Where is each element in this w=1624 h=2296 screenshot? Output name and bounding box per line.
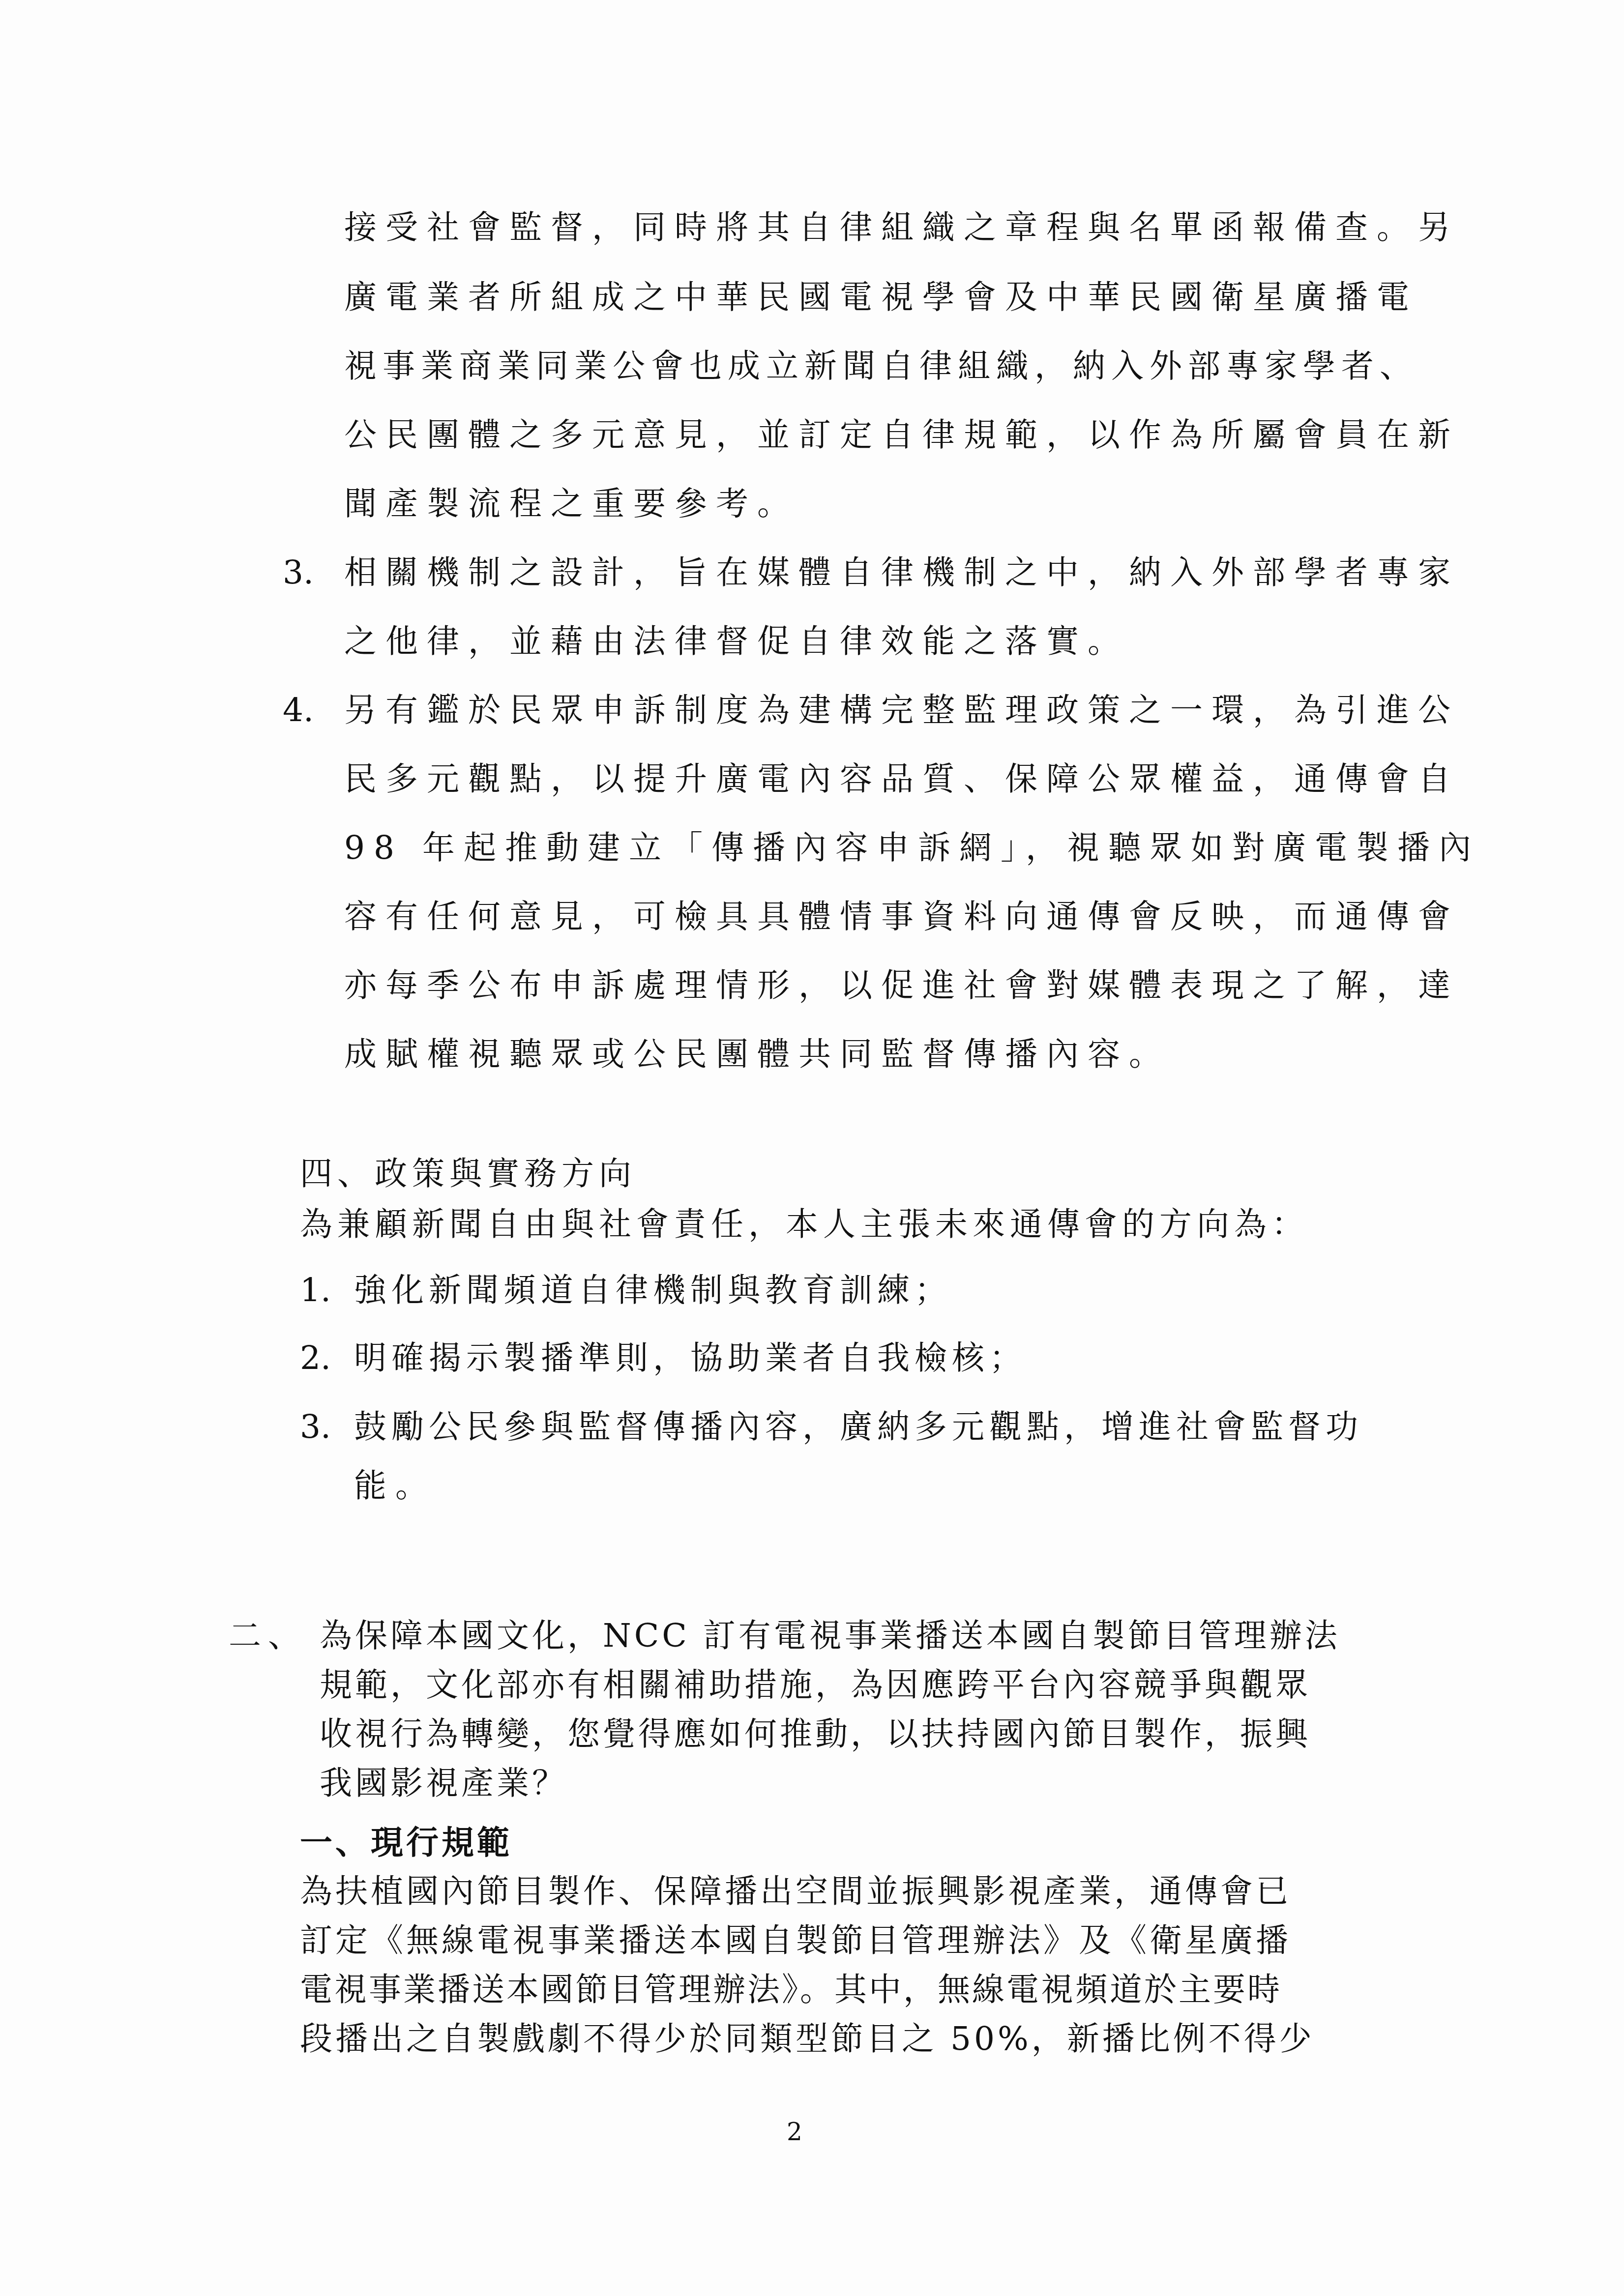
list-item-line: 強化新聞頻道自律機制與教育訓練； <box>354 1274 952 1307</box>
list-number: 1. <box>300 1274 331 1307</box>
document-page: 接受社會監督，同時將其自律組織之章程與名單函報備查。另 廣電業者所組成之中華民國… <box>0 0 1624 2296</box>
paragraph-line: 段播出之自製戲劇不得少於同類型節目之 50%，新播比例不得少 <box>300 2023 1315 2055</box>
list-item-line: 容有任何意見，可檢具具體情事資料向通傳會反映，而通傳會 <box>344 901 1459 933</box>
question-line: 規範，文化部亦有相關補助措施，為因應跨平台內容競爭與觀眾 <box>320 1669 1311 1701</box>
question-line: 為保障本國文化，NCC 訂有電視事業播送本國自製節目管理辦法 <box>320 1620 1340 1652</box>
question-line: 收視行為轉變，您覺得應如何推動，以扶持國內節目製作，振興 <box>320 1718 1311 1750</box>
section-intro: 為兼顧新聞自由與社會責任，本人主張未來通傳會的方向為： <box>300 1208 1309 1241</box>
paragraph-line: 廣電業者所組成之中華民國電視學會及中華民國衛星廣播電 <box>344 281 1418 314</box>
list-number: 4. <box>283 694 314 727</box>
paragraph-line: 訂定《無線電視事業播送本國自製節目管理辦法》及《衛星廣播 <box>300 1924 1291 1957</box>
paragraph-line: 接受社會監督，同時將其自律組織之章程與名單函報備查。另 <box>344 211 1459 244</box>
list-number: 3. <box>300 1411 331 1443</box>
paragraph-line: 為扶植國內節目製作、保障播出空間並振興影視產業，通傳會已 <box>300 1875 1291 1908</box>
page-number: 2 <box>787 2118 802 2146</box>
paragraph-line: 聞產製流程之重要參考。 <box>344 488 798 520</box>
list-number: 2. <box>300 1342 331 1374</box>
question-line: 我國影視產業？ <box>320 1767 567 1800</box>
list-item-line: 明確揭示製播準則，協助業者自我檢核； <box>354 1342 1027 1374</box>
list-item-line: 民多元觀點，以提升廣電內容品質、保障公眾權益，通傳會自 <box>344 763 1459 795</box>
paragraph-line: 視事業商業同業公會也成立新聞自律組織，納入外部專家學者、 <box>344 350 1418 382</box>
list-item-line: 成賦權視聽眾或公民團體共同監督傳播內容。 <box>344 1038 1170 1071</box>
paragraph-line: 電視事業播送本國節目管理辦法》。其中，無線電視頻道於主要時 <box>300 1974 1282 2006</box>
subsection-heading: 一、現行規範 <box>300 1826 512 1859</box>
list-item-line: 98 年起推動建立「傳播內容申訴網」，視聽眾如對廣電製播內 <box>344 832 1480 864</box>
list-item-line: 相關機制之設計，旨在媒體自律機制之中，納入外部學者專家 <box>344 556 1459 589</box>
list-number: 3. <box>283 556 314 589</box>
list-item-line: 另有鑑於民眾申訴制度為建構完整監理政策之一環，為引進公 <box>344 694 1459 727</box>
question-number: 二、 <box>229 1620 307 1652</box>
list-item-line: 鼓勵公民參與監督傳播內容，廣納多元觀點，增進社會監督功 <box>354 1411 1363 1443</box>
list-item-line: 能。 <box>354 1470 437 1502</box>
list-item-line: 之他律，並藉由法律督促自律效能之落實。 <box>344 625 1129 658</box>
list-item-line: 亦每季公布申訴處理情形，以促進社會對媒體表現之了解，達 <box>344 969 1459 1002</box>
section-heading: 四、政策與實務方向 <box>300 1158 636 1190</box>
paragraph-line: 公民團體之多元意見，並訂定自律規範，以作為所屬會員在新 <box>344 419 1459 451</box>
